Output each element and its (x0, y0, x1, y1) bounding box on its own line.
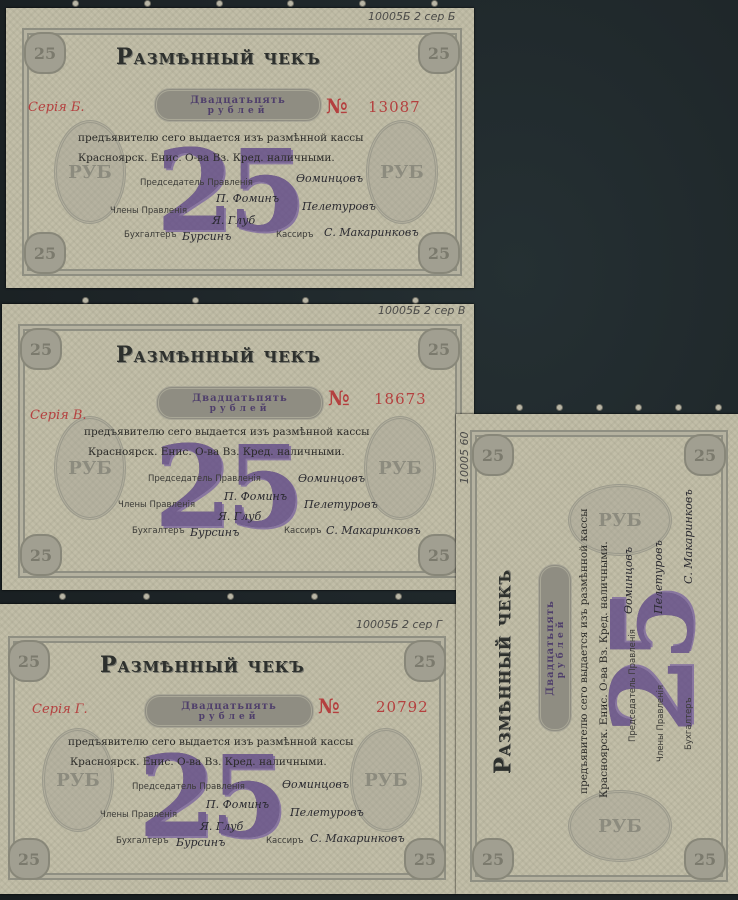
signature-accountant: Бурсинъ (182, 230, 231, 243)
number-sign: № (318, 694, 340, 718)
pencil-catalog-label: 10005Б 2 сер Г (356, 618, 442, 631)
denomination-cartouche: Двадцатьпять рублей (154, 88, 322, 122)
signature-chairman: Ѳоминцовъ (298, 472, 365, 485)
signature-chairman: Ѳоминцовъ (282, 778, 349, 791)
label-chairman: Председатель Правленія (132, 782, 245, 792)
signature-member2: Пелетуровъ (652, 540, 665, 614)
serial-number: 20792 (376, 698, 429, 716)
corner-ornament: 25 (418, 328, 460, 370)
label-accountant: Бухгалтеръ (116, 836, 169, 846)
denomination-words: Двадцатьпять (545, 567, 556, 729)
signature-member3: Я. Глуб (212, 214, 255, 227)
hole (715, 404, 722, 411)
corner-ornament: 25 (24, 32, 66, 74)
hole (302, 297, 309, 304)
corner-ornament: 25 (472, 838, 514, 880)
series-label: Серія Г. (32, 702, 88, 717)
hole (311, 593, 318, 600)
body-text-line2: Красноярск. Енис. О-ва Вз. Кред. наличны… (88, 446, 345, 458)
corner-ornament: 25 (404, 640, 446, 682)
banknote-series-b[interactable]: 25 25 25 25 РУБ РУБ 10005Б 2 сер Б Размѣ… (6, 8, 474, 288)
corner-ornament: 25 (684, 434, 726, 476)
hole (359, 0, 366, 7)
signature-accountant: Бурсинъ (190, 526, 239, 539)
label-members: Члены Правленія (656, 685, 666, 762)
label-chairman: Председатель Правленія (140, 178, 253, 188)
number-sign: № (328, 386, 350, 410)
denomination-words: Двадцатьпять (159, 393, 321, 404)
rosette-right: РУБ (366, 120, 438, 224)
denomination-cartouche: Двадцатьпять рублей (144, 694, 314, 728)
signature-member1: П. Фоминъ (206, 798, 269, 811)
series-label: Серія Б. (28, 100, 85, 115)
label-members: Члены Правленія (100, 810, 177, 820)
label-members: Члены Правленія (118, 500, 195, 510)
corner-ornament: 25 (20, 534, 62, 576)
signature-member2: Пелетуровъ (290, 806, 364, 819)
label-chairman: Председатель Правленія (628, 629, 638, 742)
hole (72, 0, 79, 7)
signature-member1: П. Фоминъ (216, 192, 279, 205)
hole (82, 297, 89, 304)
denomination-words: Двадцатьпять (147, 701, 311, 712)
album-holes-row (40, 0, 470, 8)
corner-ornament: 25 (20, 328, 62, 370)
rosette-bottom: РУБ (568, 790, 672, 862)
pencil-catalog-label: 10005Б 2 сер Б (368, 10, 455, 23)
signature-chairman: Ѳоминцовъ (622, 547, 635, 614)
note-title: Размѣнный чекъ (116, 342, 321, 368)
corner-ornament: 25 (418, 32, 460, 74)
banknote-series-g[interactable]: 25 25 25 25 РУБ РУБ 10005Б 2 сер Г Размѣ… (0, 604, 456, 894)
label-cashier: Кассиръ (266, 836, 304, 846)
label-cashier: Кассиръ (276, 230, 314, 240)
album-holes-row (500, 404, 738, 412)
hole (395, 593, 402, 600)
denomination-cartouche: Двадцатьпять рублей (156, 386, 324, 420)
hole (216, 0, 223, 7)
label-chairman: Председатель Правленія (148, 474, 261, 484)
denomination-currency: рублей (157, 106, 319, 117)
signature-accountant: Бурсинъ (176, 836, 225, 849)
body-text-line1: предъявителю сего выдается изъ размѣнной… (578, 509, 590, 794)
corner-ornament: 25 (472, 434, 514, 476)
corner-ornament: 25 (684, 838, 726, 880)
note-title: Размѣнный чекъ (490, 569, 516, 774)
hole (59, 593, 66, 600)
signature-member1: П. Фоминъ (224, 490, 287, 503)
corner-ornament: 25 (8, 640, 50, 682)
corner-ornament: 25 (8, 838, 50, 880)
signature-cashier: С. Макаринковъ (326, 524, 421, 537)
label-accountant: Бухгалтеръ (684, 697, 694, 750)
signature-member3: Я. Глуб (200, 820, 243, 833)
serial-number: 13087 (368, 98, 421, 116)
body-text-line2: Красноярск. Енис. О-ва Вз. Кред. наличны… (598, 541, 610, 798)
hole (596, 404, 603, 411)
hole (675, 404, 682, 411)
body-text-line2: Красноярск. Енис. О-ва Вз. Кред. наличны… (78, 152, 335, 164)
signature-cashier: С. Макаринковъ (324, 226, 419, 239)
body-text-line2: Красноярск. Енис. О-ва Вз. Кред. наличны… (70, 756, 327, 768)
serial-number: 18673 (374, 390, 427, 408)
series-label: Серія В. (30, 408, 87, 423)
signature-chairman: Ѳоминцовъ (296, 172, 363, 185)
corner-ornament: 25 (418, 534, 460, 576)
corner-ornament: 25 (24, 232, 66, 274)
hole (192, 297, 199, 304)
denomination-words: Двадцатьпять (157, 95, 319, 106)
label-cashier: Кассиръ (284, 526, 322, 536)
hole (287, 0, 294, 7)
hole (516, 404, 523, 411)
banknote-series-v[interactable]: 25 25 25 25 РУБ РУБ 10005Б 2 сер В Размѣ… (2, 304, 474, 590)
hole (227, 593, 234, 600)
hole (144, 0, 151, 7)
signature-cashier: С. Макаринковъ (310, 832, 405, 845)
denomination-cartouche: Двадцатьпять рублей (538, 564, 572, 732)
pencil-catalog-label: 10005 60 (458, 432, 471, 485)
album-holes-row (20, 593, 440, 601)
signature-member2: Пелетуровъ (304, 498, 378, 511)
hole (431, 0, 438, 7)
hole (412, 297, 419, 304)
note-title: Размѣнный чекъ (116, 44, 321, 70)
number-sign: № (326, 94, 348, 118)
note-title: Размѣнный чекъ (100, 652, 305, 678)
banknote-vertical[interactable]: 25 25 25 25 РУБ РУБ 10005 60 Размѣнный ч… (456, 414, 738, 894)
label-accountant: Бухгалтеръ (124, 230, 177, 240)
signature-member3: Я. Глуб (218, 510, 261, 523)
label-accountant: Бухгалтеръ (132, 526, 185, 536)
corner-ornament: 25 (404, 838, 446, 880)
denomination-currency: рублей (147, 712, 311, 723)
denomination-currency: рублей (159, 404, 321, 415)
hole (556, 404, 563, 411)
signature-member2: Пелетуровъ (302, 200, 376, 213)
signature-cashier: С. Макаринковъ (682, 489, 695, 584)
pencil-catalog-label: 10005Б 2 сер В (378, 304, 465, 317)
denomination-currency: рублей (556, 567, 567, 729)
hole (143, 593, 150, 600)
corner-ornament: 25 (418, 232, 460, 274)
label-members: Члены Правленія (110, 206, 187, 216)
hole (635, 404, 642, 411)
